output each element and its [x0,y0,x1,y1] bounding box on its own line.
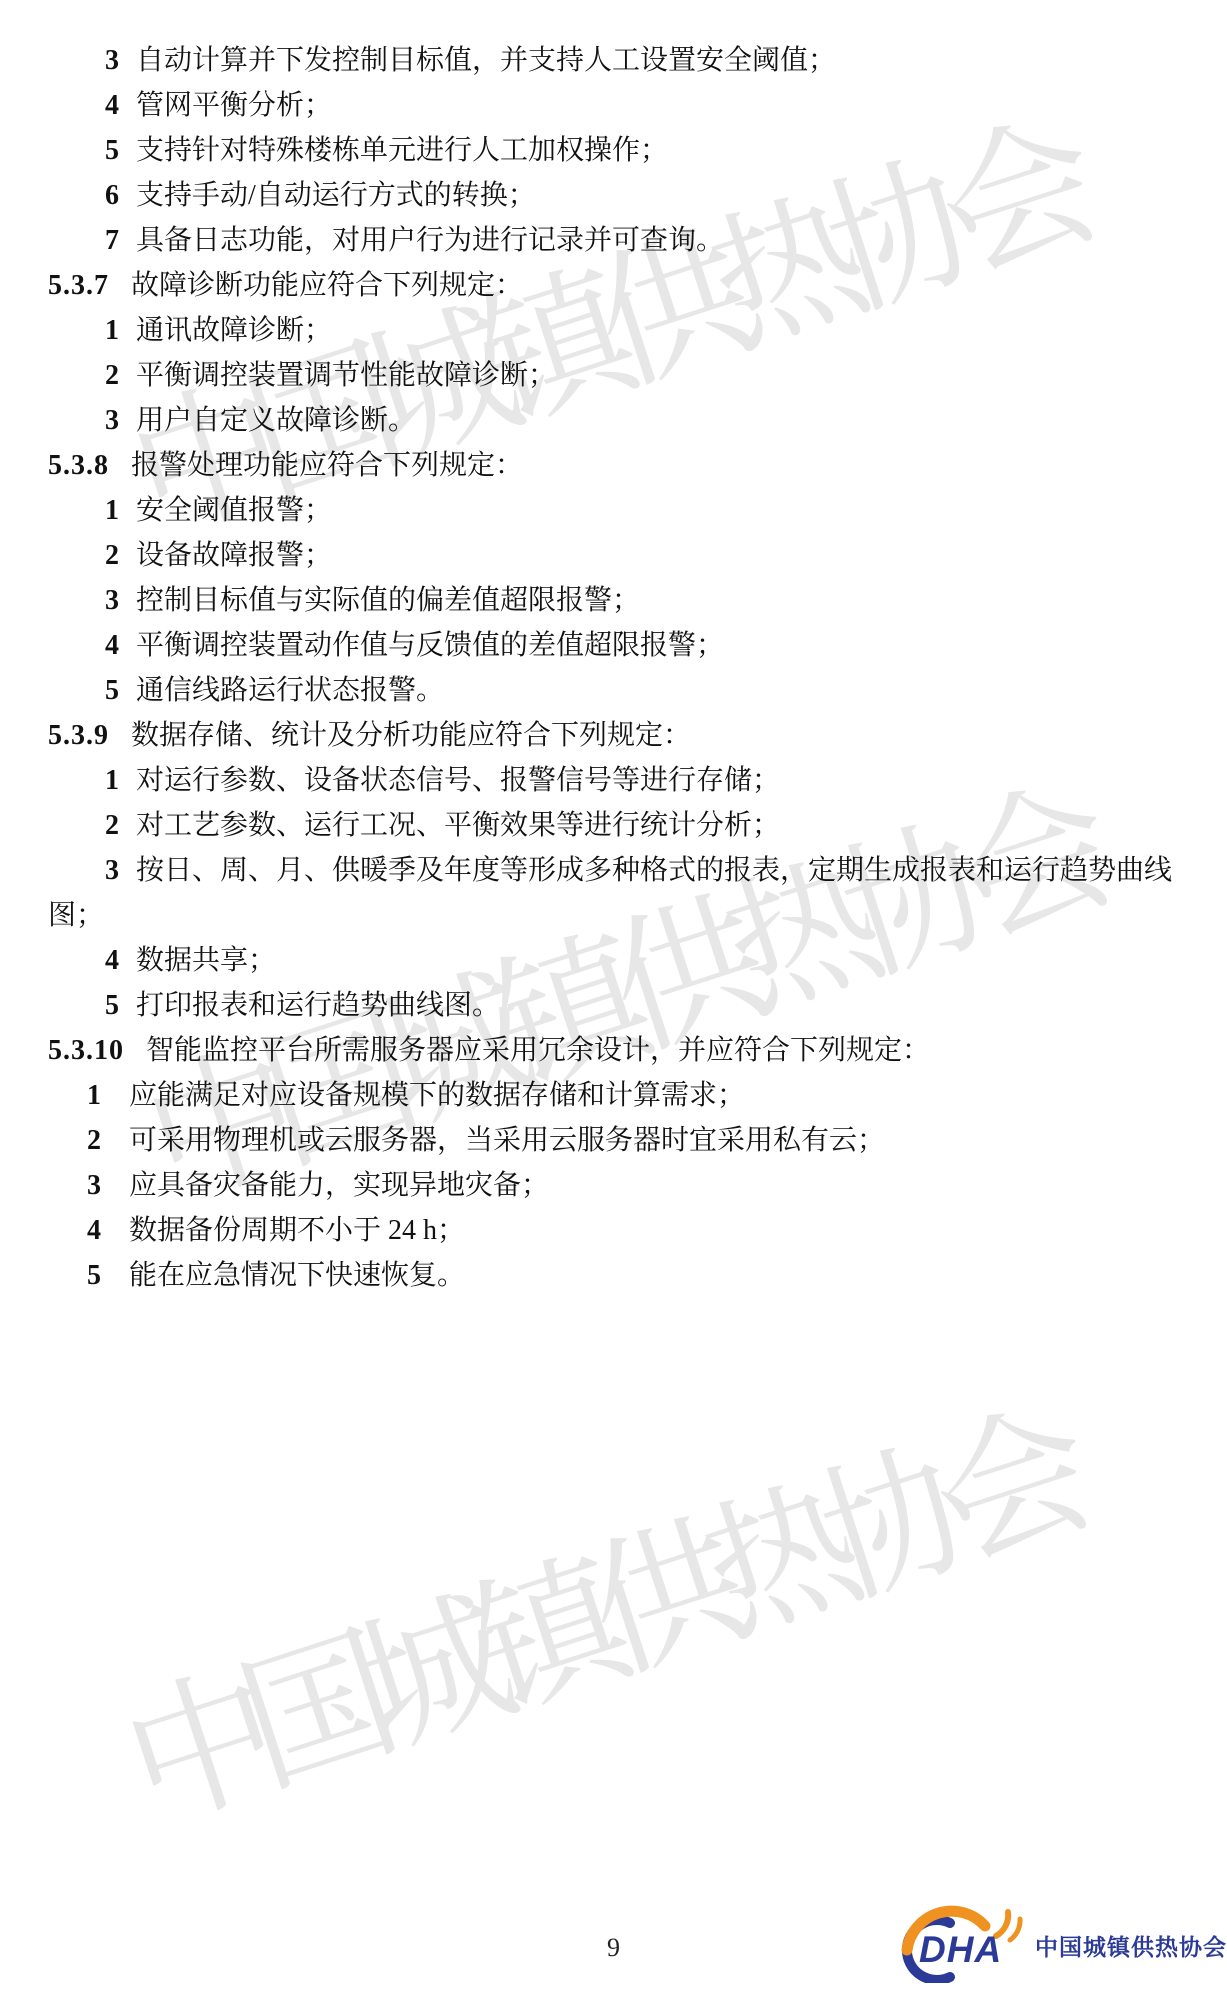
clause-number: 1 [87,1073,101,1118]
clause-text: 图； [48,900,104,931]
clause-text: 管网平衡分析； [136,90,332,121]
clause-line: 2设备故障报警； [0,533,1227,578]
clause-number: 2 [87,1118,101,1163]
clause-number: 7 [105,218,119,263]
clause-text: 可采用物理机或云服务器，当采用云服务器时宜采用私有云； [129,1125,885,1156]
clause-line: 2平衡调控装置调节性能故障诊断； [0,353,1227,398]
clause-line: 4管网平衡分析； [0,83,1227,128]
document-body: 3自动计算并下发控制目标值，并支持人工设置安全阈值；4管网平衡分析；5支持针对特… [0,38,1227,1298]
clause-line: 5支持针对特殊楼栋单元进行人工加权操作； [0,128,1227,173]
clause-number: 5.3.10 [48,1028,124,1073]
clause-text: 支持手动/自动运行方式的转换； [136,180,536,211]
clause-number: 4 [87,1208,101,1253]
clause-number: 1 [105,488,119,533]
clause-text: 应具备灾备能力，实现异地灾备； [129,1170,549,1201]
clause-text: 对运行参数、设备状态信号、报警信号等进行存储； [136,765,780,796]
clause-line: 1对运行参数、设备状态信号、报警信号等进行存储； [0,758,1227,803]
clause-number: 3 [105,578,119,623]
clause-line: 7具备日志功能，对用户行为进行记录并可查询。 [0,218,1227,263]
clause-text: 按日、周、月、供暖季及年度等形成多种格式的报表，定期生成报表和运行趋势曲线 [136,855,1172,886]
clause-list: 3自动计算并下发控制目标值，并支持人工设置安全阈值；4管网平衡分析；5支持针对特… [0,38,1227,1298]
clause-line: 3按日、周、月、供暖季及年度等形成多种格式的报表，定期生成报表和运行趋势曲线 [0,848,1227,893]
clause-text: 数据备份周期不小于 24 h； [129,1215,465,1246]
clause-line: 图； [0,893,1227,938]
clause-number: 5.3.9 [48,713,109,758]
clause-number: 2 [105,803,119,848]
association-logo: DHA 中国城镇供热协会 [893,1898,1227,1983]
clause-number: 5 [105,983,119,1028]
clause-number: 4 [105,623,119,668]
clause-number: 5 [105,128,119,173]
clause-text: 设备故障报警； [136,540,332,571]
clause-text: 数据存储、统计及分析功能应符合下列规定： [131,720,691,751]
clause-line: 3用户自定义故障诊断。 [0,398,1227,443]
clause-number: 1 [105,308,119,353]
clause-number: 4 [105,83,119,128]
clause-number: 5.3.8 [48,443,109,488]
clause-text: 报警处理功能应符合下列规定： [131,450,523,481]
clause-line: 2可采用物理机或云服务器，当采用云服务器时宜采用私有云； [0,1118,1227,1163]
clause-line: 1通讯故障诊断； [0,308,1227,353]
clause-text: 安全阈值报警； [136,495,332,526]
clause-number: 3 [105,848,119,893]
clause-line: 3控制目标值与实际值的偏差值超限报警； [0,578,1227,623]
clause-line: 1应能满足对应设备规模下的数据存储和计算需求； [0,1073,1227,1118]
clause-text: 应能满足对应设备规模下的数据存储和计算需求； [129,1080,745,1111]
clause-heading: 5.3.9数据存储、统计及分析功能应符合下列规定： [0,713,1227,758]
clause-text: 能在应急情况下快速恢复。 [129,1260,465,1291]
clause-text: 数据共享； [136,945,276,976]
clause-line: 3自动计算并下发控制目标值，并支持人工设置安全阈值； [0,38,1227,83]
clause-number: 1 [105,758,119,803]
clause-number: 6 [105,173,119,218]
clause-number: 3 [105,38,119,83]
clause-line: 6支持手动/自动运行方式的转换； [0,173,1227,218]
dha-logo-text: DHA [919,1929,1002,1970]
clause-number: 2 [105,533,119,578]
clause-line: 1安全阈值报警； [0,488,1227,533]
clause-number: 2 [105,353,119,398]
clause-text: 故障诊断功能应符合下列规定： [131,270,523,301]
clause-number: 3 [105,398,119,443]
clause-number: 5 [87,1253,101,1298]
clause-line: 4数据备份周期不小于 24 h； [0,1208,1227,1253]
clause-text: 自动计算并下发控制目标值，并支持人工设置安全阈值； [136,45,836,76]
dha-logo-icon: DHA [893,1898,1023,1983]
clause-text: 对工艺参数、运行工况、平衡效果等进行统计分析； [136,810,780,841]
document-page: 中国城镇供热协会 中国城镇供热协会 中国城镇供热协会 3自动计算并下发控制目标值… [0,0,1227,1995]
clause-heading: 5.3.10智能监控平台所需服务器应采用冗余设计，并应符合下列规定： [0,1028,1227,1073]
clause-number: 4 [105,938,119,983]
clause-line: 3应具备灾备能力，实现异地灾备； [0,1163,1227,1208]
clause-line: 4平衡调控装置动作值与反馈值的差值超限报警； [0,623,1227,668]
watermark: 中国城镇供热协会 [95,1354,1090,1861]
clause-text: 用户自定义故障诊断。 [136,405,416,436]
clause-line: 5能在应急情况下快速恢复。 [0,1253,1227,1298]
clause-number: 3 [87,1163,101,1208]
clause-line: 2对工艺参数、运行工况、平衡效果等进行统计分析； [0,803,1227,848]
clause-line: 4数据共享； [0,938,1227,983]
clause-text: 平衡调控装置调节性能故障诊断； [136,360,556,391]
clause-text: 支持针对特殊楼栋单元进行人工加权操作； [136,135,668,166]
clause-text: 控制目标值与实际值的偏差值超限报警； [136,585,640,616]
clause-line: 5打印报表和运行趋势曲线图。 [0,983,1227,1028]
clause-heading: 5.3.8报警处理功能应符合下列规定： [0,443,1227,488]
clause-text: 通信线路运行状态报警。 [136,675,444,706]
clause-text: 具备日志功能，对用户行为进行记录并可查询。 [136,225,724,256]
clause-text: 打印报表和运行趋势曲线图。 [136,990,500,1021]
clause-line: 5通信线路运行状态报警。 [0,668,1227,713]
clause-number: 5 [105,668,119,713]
clause-text: 通讯故障诊断； [136,315,332,346]
clause-heading: 5.3.7故障诊断功能应符合下列规定： [0,263,1227,308]
clause-number: 5.3.7 [48,263,109,308]
clause-text: 平衡调控装置动作值与反馈值的差值超限报警； [136,630,724,661]
association-name: 中国城镇供热协会 [1035,1929,1227,1962]
clause-text: 智能监控平台所需服务器应采用冗余设计，并应符合下列规定： [146,1035,930,1066]
